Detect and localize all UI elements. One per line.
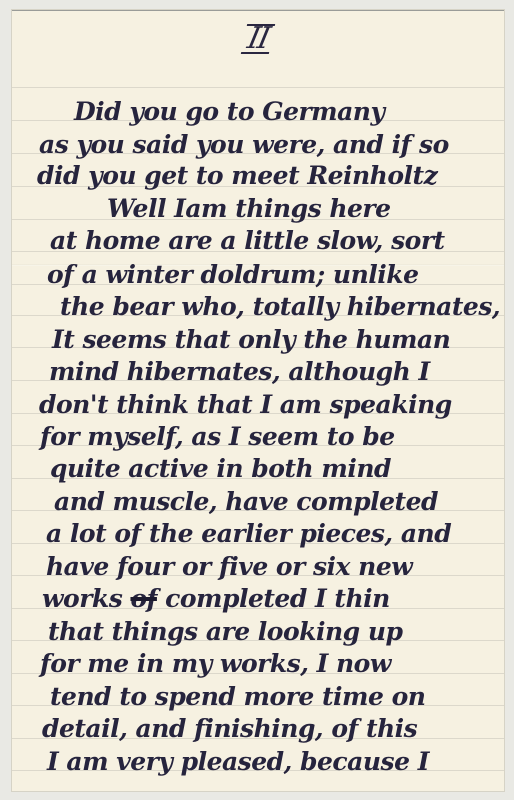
ruled-line xyxy=(12,87,504,88)
letter-line: did you get to meet Reinholtz xyxy=(37,161,437,191)
letter-line: detail, and finishing, of this xyxy=(42,714,417,744)
letter-line: at home are a little slow, sort xyxy=(50,226,445,256)
letter-line: don't think that I am speaking xyxy=(39,390,452,420)
letter-line: quite active in both mind xyxy=(50,454,391,484)
letter-line: tend to spend more time on xyxy=(50,682,425,712)
letter-word: completed I thin xyxy=(165,584,390,613)
page-number-text: II xyxy=(241,24,275,54)
letter-line: It seems that only the human xyxy=(52,325,450,355)
letter-line: the bear who, totally hibernates, xyxy=(60,292,500,322)
letter-line: of a winter doldrum; unlike xyxy=(47,260,419,290)
letter-line: works of completed I thin xyxy=(42,584,390,614)
struck-out-word: of xyxy=(130,584,156,613)
letter-page: II Did you go to Germany as you said you… xyxy=(12,10,504,791)
letter-line: have four or five or six new xyxy=(46,552,412,582)
letter-line: a lot of the earlier pieces, and xyxy=(46,519,451,549)
letter-line: Did you go to Germany xyxy=(74,97,385,127)
letter-line: for me in my works, I now xyxy=(40,649,391,679)
letter-word: works xyxy=(42,584,122,613)
letter-line: I am very pleased, because I xyxy=(47,747,429,777)
letter-line: for myself, as I seem to be xyxy=(40,422,395,452)
letter-line: and muscle, have completed xyxy=(54,487,438,517)
letter-line: as you said you were, and if so xyxy=(39,130,449,160)
letter-line: mind hibernates, although I xyxy=(49,357,430,387)
letter-line: that things are looking up xyxy=(48,617,403,647)
letter-line: Well Iam things here xyxy=(107,194,391,224)
page-number: II xyxy=(12,21,504,56)
